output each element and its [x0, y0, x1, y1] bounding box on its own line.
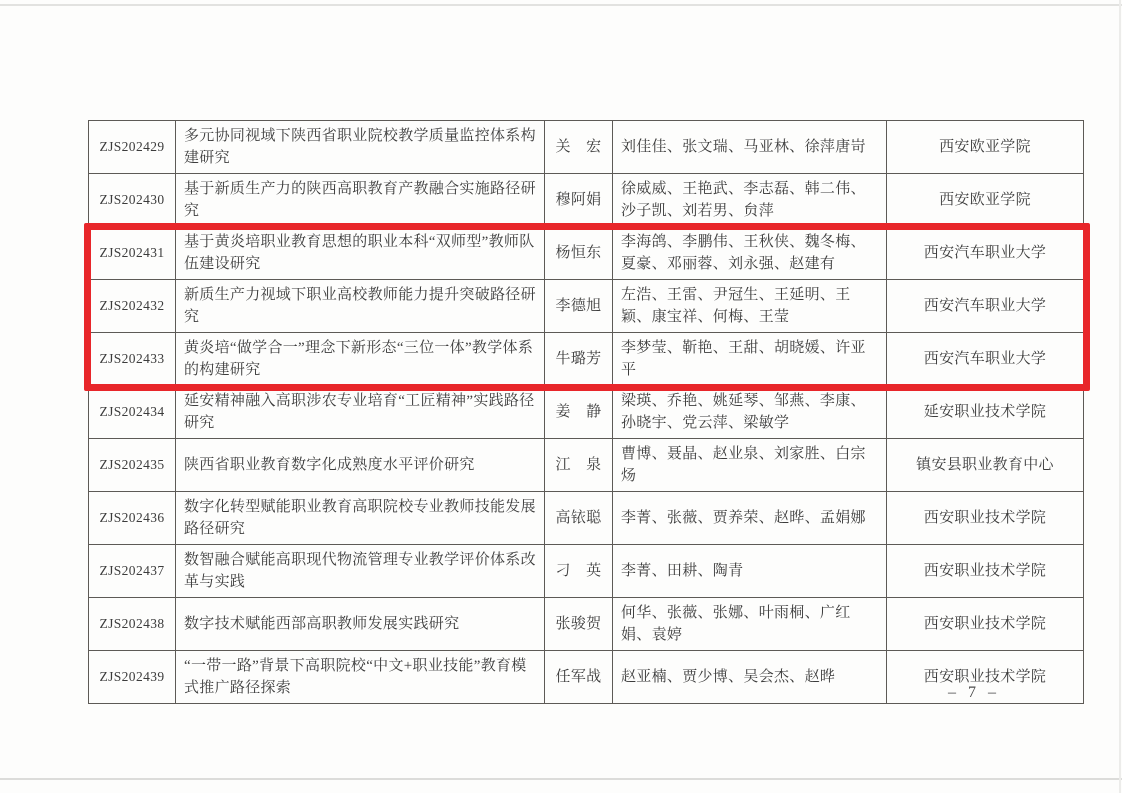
members-cell: 赵亚楠、贾少博、吴会杰、赵晔 [613, 651, 887, 704]
table-row: ZJS202430 基于新质生产力的陕西高职教育产教融合实施路径研究 穆阿娟 徐… [89, 174, 1084, 227]
project-title-cell: 数字技术赋能西部高职教师发展实践研究 [176, 598, 545, 651]
members-cell: 梁瑛、乔艳、姚延琴、邹燕、李康、孙晓宇、党云萍、梁敏学 [613, 386, 887, 439]
table-row: ZJS202434 延安精神融入高职涉农专业培育“工匠精神”实践路径研究 姜 静… [89, 386, 1084, 439]
table-row: ZJS202432 新质生产力视域下职业高校教师能力提升突破路径研究 李德旭 左… [89, 280, 1084, 333]
project-id-cell: ZJS202435 [89, 439, 176, 492]
organization-cell: 镇安县职业教育中心 [887, 439, 1084, 492]
project-title-cell: 数智融合赋能高职现代物流管理专业教学评价体系改革与实践 [176, 545, 545, 598]
document-page: ZJS202429 多元协同视域下陕西省职业院校教学质量监控体系构建研究 关 宏… [0, 0, 1122, 793]
project-id-cell: ZJS202436 [89, 492, 176, 545]
table-row: ZJS202433 黄炎培“做学合一”理念下新形态“三位一体”教学体系的构建研究… [89, 333, 1084, 386]
project-id-cell: ZJS202434 [89, 386, 176, 439]
organization-cell: 西安欧亚学院 [887, 121, 1084, 174]
project-id-cell: ZJS202439 [89, 651, 176, 704]
scan-edge-right [1119, 0, 1121, 793]
project-id-cell: ZJS202432 [89, 280, 176, 333]
organization-cell: 西安职业技术学院 [887, 545, 1084, 598]
page-number: – 7 – [948, 684, 1000, 702]
leader-cell: 牛璐芳 [545, 333, 613, 386]
projects-table: ZJS202429 多元协同视域下陕西省职业院校教学质量监控体系构建研究 关 宏… [88, 120, 1084, 704]
project-title-cell: 延安精神融入高职涉农专业培育“工匠精神”实践路径研究 [176, 386, 545, 439]
organization-cell: 西安欧亚学院 [887, 174, 1084, 227]
table-row: ZJS202439 “一带一路”背景下高职院校“中文+职业技能”教育模式推广路径… [89, 651, 1084, 704]
members-cell: 李菁、张薇、贾养荣、赵晔、孟娟娜 [613, 492, 887, 545]
table-row: ZJS202436 数字化转型赋能职业教育高职院校专业教师技能发展路径研究 高铱… [89, 492, 1084, 545]
table-row: ZJS202429 多元协同视域下陕西省职业院校教学质量监控体系构建研究 关 宏… [89, 121, 1084, 174]
project-title-cell: 陕西省职业教育数字化成熟度水平评价研究 [176, 439, 545, 492]
organization-cell: 西安汽车职业大学 [887, 280, 1084, 333]
members-cell: 李梦莹、靳艳、王甜、胡晓媛、许亚平 [613, 333, 887, 386]
members-cell: 李海鸽、李鹏伟、王秋侠、魏冬梅、夏豪、邓丽蓉、刘永强、赵建有 [613, 227, 887, 280]
table-row: ZJS202437 数智融合赋能高职现代物流管理专业教学评价体系改革与实践 刁 … [89, 545, 1084, 598]
members-cell: 李菁、田耕、陶青 [613, 545, 887, 598]
organization-cell: 西安职业技术学院 [887, 492, 1084, 545]
scan-edge-top [0, 4, 1122, 6]
project-title-cell: 基于黄炎培职业教育思想的职业本科“双师型”教师队伍建设研究 [176, 227, 545, 280]
project-id-cell: ZJS202438 [89, 598, 176, 651]
leader-cell: 高铱聪 [545, 492, 613, 545]
scan-edge-bottom [0, 778, 1122, 780]
leader-cell: 姜 静 [545, 386, 613, 439]
members-cell: 刘佳佳、张文瑞、马亚林、徐萍唐岢 [613, 121, 887, 174]
members-cell: 左浩、王雷、尹冠生、王延明、王颖、康宝祥、何梅、王莹 [613, 280, 887, 333]
project-id-cell: ZJS202431 [89, 227, 176, 280]
leader-cell: 关 宏 [545, 121, 613, 174]
leader-cell: 张骏贺 [545, 598, 613, 651]
project-title-cell: 基于新质生产力的陕西高职教育产教融合实施路径研究 [176, 174, 545, 227]
project-title-cell: 多元协同视域下陕西省职业院校教学质量监控体系构建研究 [176, 121, 545, 174]
project-id-cell: ZJS202433 [89, 333, 176, 386]
organization-cell: 西安职业技术学院 [887, 598, 1084, 651]
leader-cell: 穆阿娟 [545, 174, 613, 227]
members-cell: 何华、张薇、张娜、叶雨桐、广红娟、袁婷 [613, 598, 887, 651]
leader-cell: 李德旭 [545, 280, 613, 333]
project-id-cell: ZJS202430 [89, 174, 176, 227]
organization-cell: 西安汽车职业大学 [887, 227, 1084, 280]
organization-cell: 延安职业技术学院 [887, 386, 1084, 439]
organization-cell: 西安汽车职业大学 [887, 333, 1084, 386]
members-cell: 徐威威、王艳武、李志磊、韩二伟、沙子凯、刘若男、贠萍 [613, 174, 887, 227]
project-title-cell: “一带一路”背景下高职院校“中文+职业技能”教育模式推广路径探索 [176, 651, 545, 704]
project-title-cell: 黄炎培“做学合一”理念下新形态“三位一体”教学体系的构建研究 [176, 333, 545, 386]
table-row: ZJS202438 数字技术赋能西部高职教师发展实践研究 张骏贺 何华、张薇、张… [89, 598, 1084, 651]
project-id-cell: ZJS202437 [89, 545, 176, 598]
project-id-cell: ZJS202429 [89, 121, 176, 174]
leader-cell: 任军战 [545, 651, 613, 704]
table-row: ZJS202431 基于黄炎培职业教育思想的职业本科“双师型”教师队伍建设研究 … [89, 227, 1084, 280]
members-cell: 曹博、聂晶、赵业泉、刘家胜、白宗炀 [613, 439, 887, 492]
leader-cell: 江 泉 [545, 439, 613, 492]
table-row: ZJS202435 陕西省职业教育数字化成熟度水平评价研究 江 泉 曹博、聂晶、… [89, 439, 1084, 492]
project-title-cell: 数字化转型赋能职业教育高职院校专业教师技能发展路径研究 [176, 492, 545, 545]
leader-cell: 杨恒东 [545, 227, 613, 280]
project-title-cell: 新质生产力视域下职业高校教师能力提升突破路径研究 [176, 280, 545, 333]
leader-cell: 刁 英 [545, 545, 613, 598]
